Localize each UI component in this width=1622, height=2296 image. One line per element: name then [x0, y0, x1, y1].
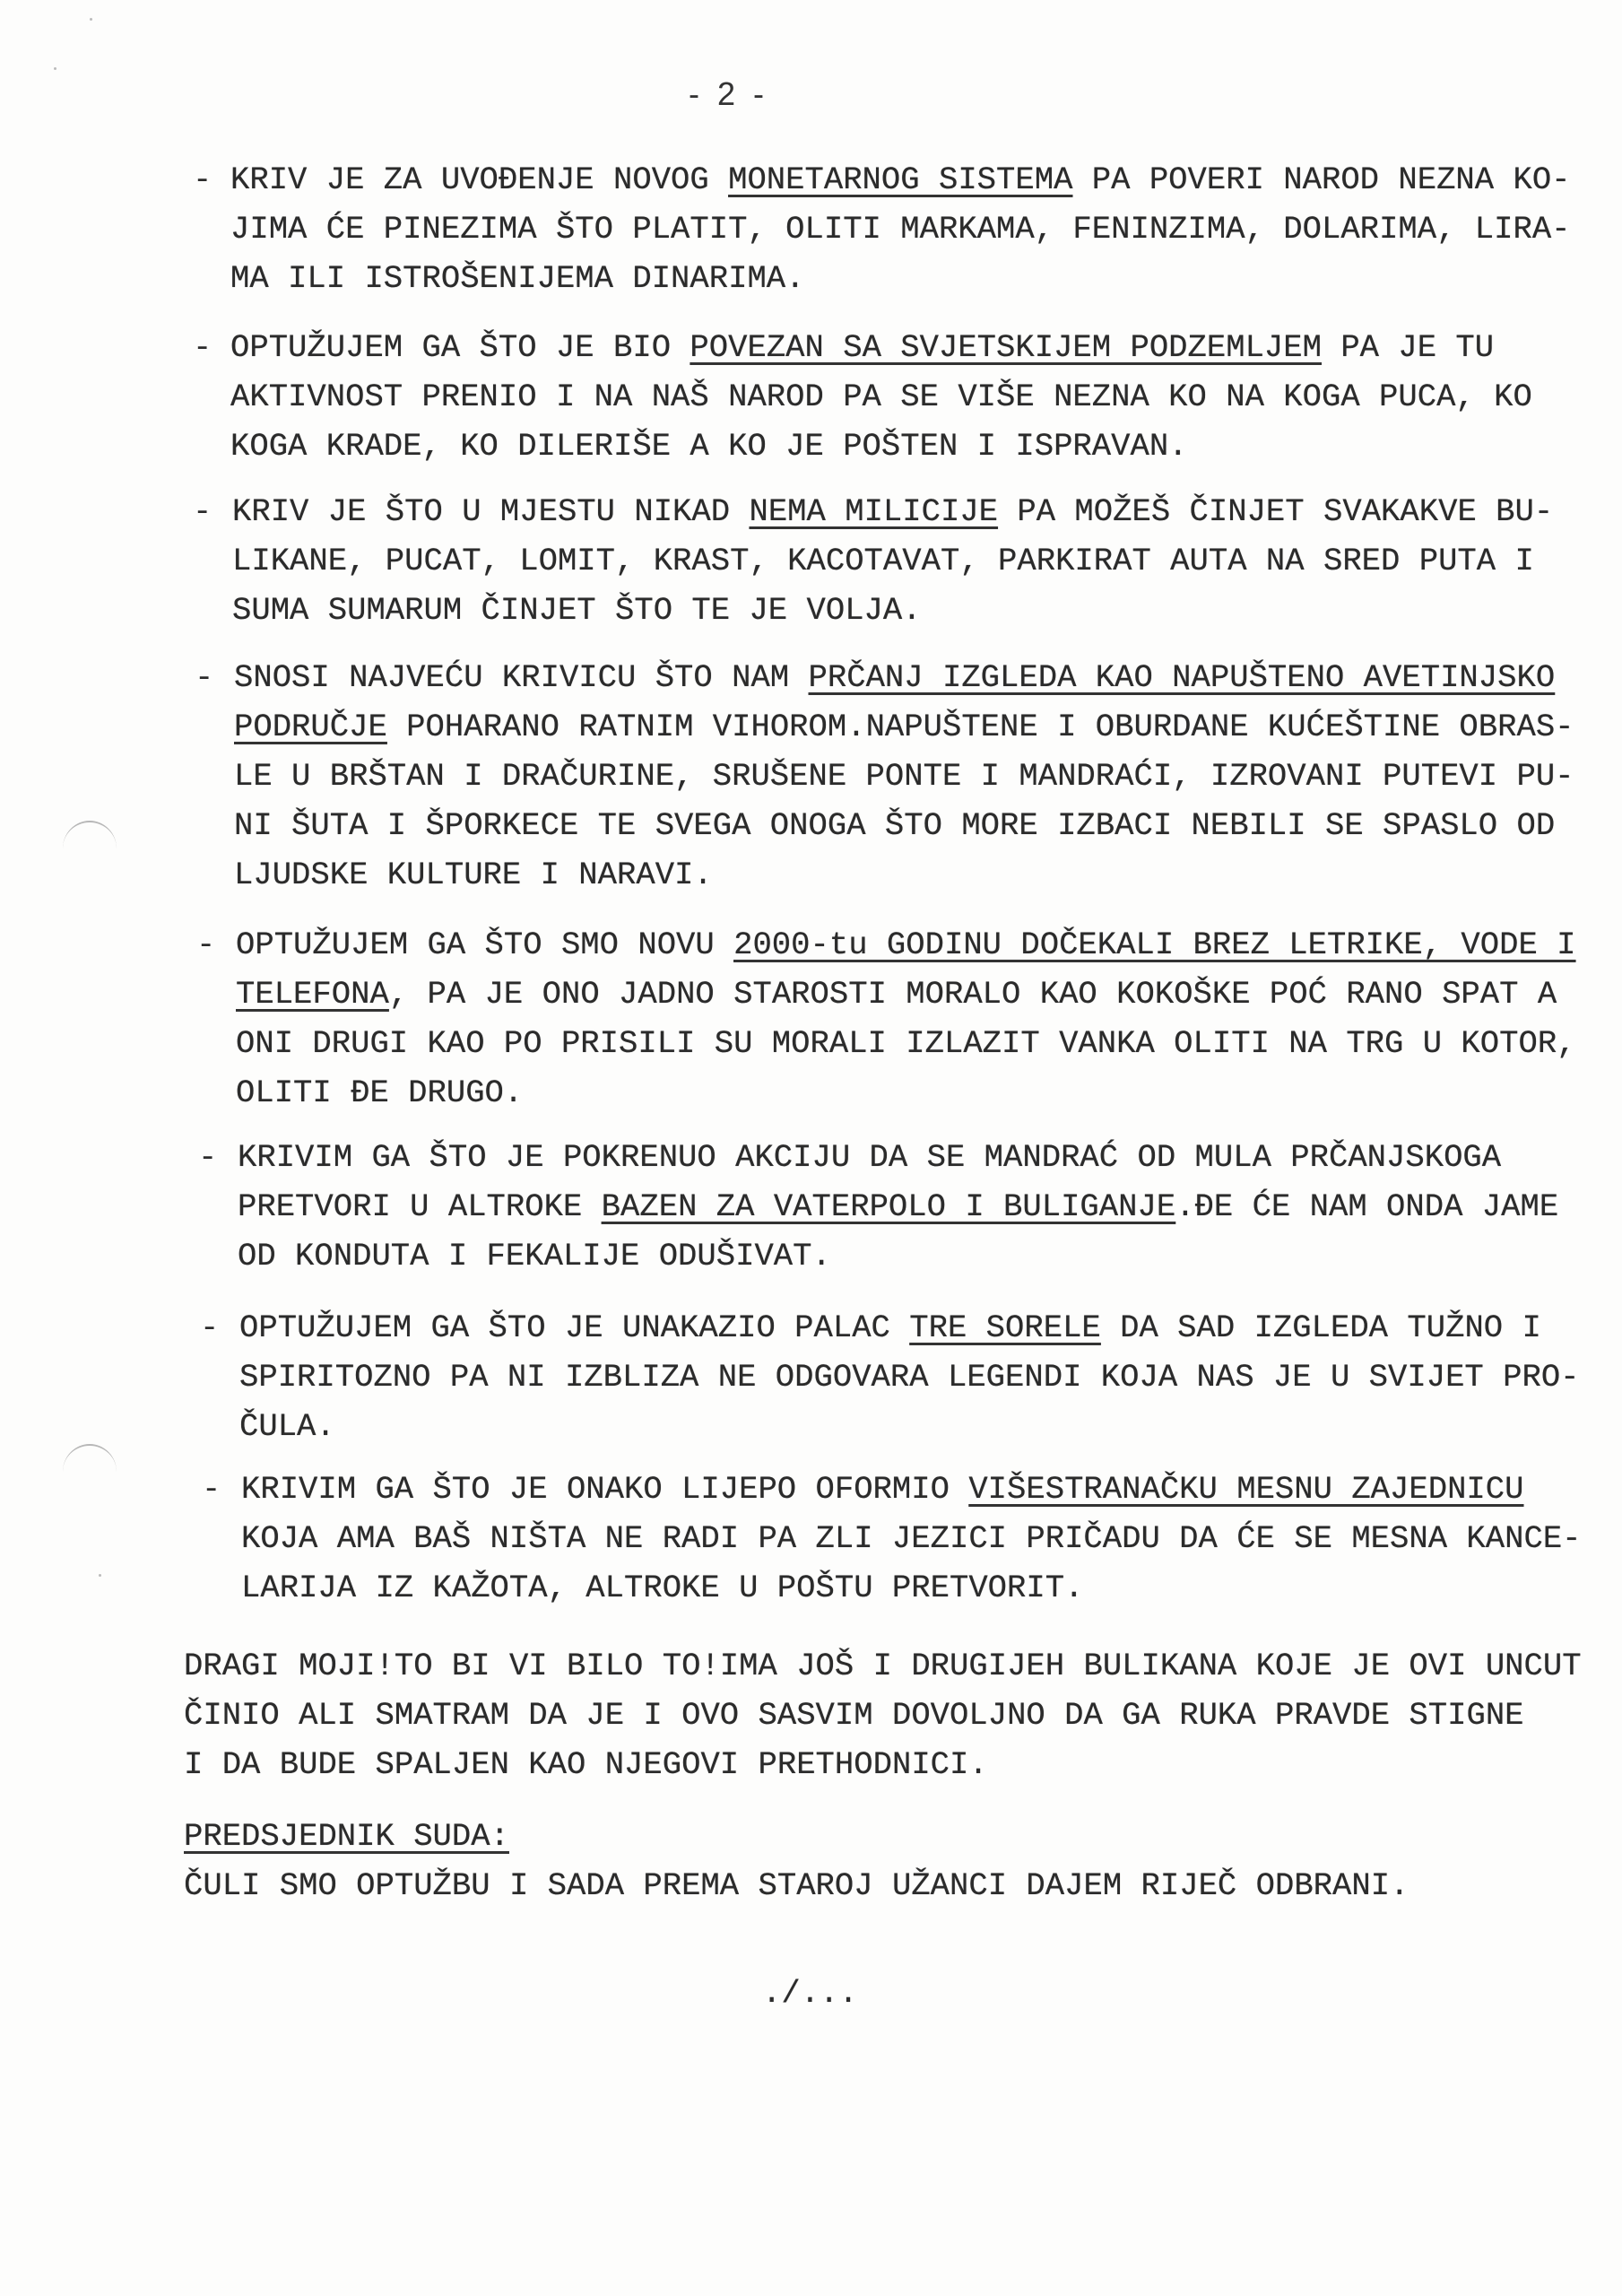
text-segment: JIMA ĆE PINEZIMA ŠTO PLATIT, OLITI MARKA… [230, 211, 1571, 248]
text-segment: POHARANO RATNIM VIHOROM.NAPUŠTENE I OBUR… [387, 709, 1574, 745]
accusation-line: KRIVIM GA ŠTO JE POKRENUO AKCIJU DA SE M… [238, 1142, 1501, 1174]
text-segment: SNOSI NAJVEĆU KRIVICU ŠTO NAM [234, 659, 809, 696]
underlined-phrase: BAZEN ZA VATERPOLO I BULIGANJE [602, 1188, 1176, 1225]
accusation-line: ČULA. [239, 1411, 335, 1443]
closing-line: DRAGI MOJI!TO BI VI BILO TO!IMA JOŠ I DR… [184, 1650, 1582, 1683]
underlined-phrase: TELEFONA [236, 976, 389, 1013]
text-segment: PA MOŽEŠ ČINJET SVAKAKVE BU- [998, 493, 1553, 530]
list-bullet-dash: - [193, 332, 212, 364]
text-segment: OPTUŽUJEM GA ŠTO JE BIO [230, 329, 690, 366]
accusation-line: KOGA KRADE, KO DILERIŠE A KO JE POŠTEN I… [230, 430, 1188, 463]
text-segment: KRIVIM GA ŠTO JE ONAKO LIJEPO OFORMIO [241, 1471, 968, 1508]
list-bullet-dash: - [195, 662, 213, 694]
accusation-line: KRIV JE ZA UVOĐENJE NOVOG MONETARNOG SIS… [230, 164, 1571, 196]
accusation-line: SNOSI NAJVEĆU KRIVICU ŠTO NAM PRČANJ IZG… [234, 662, 1555, 694]
accusation-line: OPTUŽUJEM GA ŠTO SMO NOVU 2000-tu GODINU… [236, 929, 1576, 961]
underlined-phrase: 2000-tu GODINU DOČEKALI BREZ LETRIKE, VO… [733, 926, 1575, 963]
page-number: - 2 - [0, 75, 1453, 113]
text-segment: NI ŠUTA I ŠPORKECE TE SVEGA ONOGA ŠTO MO… [234, 807, 1555, 844]
list-bullet-dash: - [196, 929, 215, 961]
text-segment: KRIVIM GA ŠTO JE POKRENUO AKCIJU DA SE M… [238, 1139, 1501, 1176]
accusation-line: KRIV JE ŠTO U MJESTU NIKAD NEMA MILICIJE… [232, 496, 1553, 528]
text-segment: KOGA KRADE, KO DILERIŠE A KO JE POŠTEN I… [230, 428, 1188, 465]
accusation-line: LE U BRŠTAN I DRAČURINE, SRUŠENE PONTE I… [234, 761, 1574, 793]
document-page: - 2 - -KRIV JE ZA UVOĐENJE NOVOG MONETAR… [0, 0, 1622, 2296]
text-segment: ONI DRUGI KAO PO PRISILI SU MORALI IZLAZ… [236, 1025, 1576, 1062]
text-segment: OPTUŽUJEM GA ŠTO SMO NOVU [236, 926, 733, 963]
underlined-phrase: VIŠESTRANAČKU MESNU ZAJEDNICU [968, 1471, 1523, 1508]
text-segment: OLITI ĐE DRUGO. [236, 1074, 523, 1111]
text-segment: ČULA. [239, 1408, 335, 1445]
underlined-phrase: TRE SORELE [909, 1309, 1101, 1346]
accusation-line: OPTUŽUJEM GA ŠTO JE UNAKAZIO PALAC TRE S… [239, 1312, 1541, 1344]
underlined-phrase: PRČANJ IZGLEDA KAO NAPUŠTENO AVETINJSKO [809, 659, 1556, 696]
list-bullet-dash: - [202, 1474, 221, 1506]
text-segment: SUMA SUMARUM ČINJET ŠTO TE JE VOLJA. [232, 592, 922, 629]
punch-hole-mark [63, 1444, 117, 1500]
list-bullet-dash: - [193, 164, 212, 196]
accusation-line: MA ILI ISTROŠENIJEMA DINARIMA. [230, 263, 805, 295]
accusation-line: OD KONDUTA I FEKALIJE ODUŠIVAT. [238, 1240, 831, 1273]
text-segment: DA SAD IZGLEDA TUŽNO I [1101, 1309, 1541, 1346]
accusation-line: PRETVORI U ALTROKE BAZEN ZA VATERPOLO I … [238, 1191, 1558, 1223]
punch-hole-mark [63, 821, 117, 876]
text-segment: , PA JE ONO JADNO STAROSTI MORALO KAO KO… [389, 976, 1557, 1013]
scan-speck [90, 18, 92, 21]
list-bullet-dash: - [200, 1312, 219, 1344]
text-segment: MA ILI ISTROŠENIJEMA DINARIMA. [230, 260, 805, 297]
list-bullet-dash: - [198, 1142, 217, 1174]
underlined-phrase: NEMA MILICIJE [749, 493, 998, 530]
accusation-line: PODRUČJE POHARANO RATNIM VIHOROM.NAPUŠTE… [234, 711, 1574, 744]
accusation-line: KOJA AMA BAŠ NIŠTA NE RADI PA ZLI JEZICI… [241, 1523, 1582, 1555]
text-segment: PRETVORI U ALTROKE [238, 1188, 602, 1225]
accusation-line: SPIRITOZNO PA NI IZBLIZA NE ODGOVARA LEG… [239, 1361, 1580, 1394]
text-segment: KOJA AMA BAŠ NIŠTA NE RADI PA ZLI JEZICI… [241, 1520, 1582, 1557]
accusation-line: LJUDSKE KULTURE I NARAVI. [234, 859, 713, 891]
accusation-line: ONI DRUGI KAO PO PRISILI SU MORALI IZLAZ… [236, 1028, 1576, 1060]
text-segment: PA JE TU [1322, 329, 1494, 366]
continuation-mark: ./... [762, 1978, 858, 2010]
accusation-line: TELEFONA, PA JE ONO JADNO STAROSTI MORAL… [236, 978, 1557, 1011]
text-segment: LIKANE, PUCAT, LOMIT, KRAST, KACOTAVAT, … [232, 543, 1534, 579]
text-segment: PA POVERI NAROD NEZNA KO- [1072, 161, 1570, 198]
text-segment: SPIRITOZNO PA NI IZBLIZA NE ODGOVARA LEG… [239, 1359, 1580, 1396]
accusation-line: KRIVIM GA ŠTO JE ONAKO LIJEPO OFORMIO VI… [241, 1474, 1524, 1506]
text-segment: LARIJA IZ KAŽOTA, ALTROKE U POŠTU PRETVO… [241, 1570, 1083, 1606]
accusation-line: SUMA SUMARUM ČINJET ŠTO TE JE VOLJA. [232, 595, 922, 627]
accusation-line: LARIJA IZ KAŽOTA, ALTROKE U POŠTU PRETVO… [241, 1572, 1083, 1605]
accusation-line: NI ŠUTA I ŠPORKECE TE SVEGA ONOGA ŠTO MO… [234, 810, 1555, 842]
underlined-phrase: PODRUČJE [234, 709, 387, 745]
text-segment: OD KONDUTA I FEKALIJE ODUŠIVAT. [238, 1238, 831, 1274]
underlined-phrase: MONETARNOG SISTEMA [728, 161, 1072, 198]
accusation-line: AKTIVNOST PRENIO I NA NAŠ NAROD PA SE VI… [230, 381, 1532, 413]
text-segment: AKTIVNOST PRENIO I NA NAŠ NAROD PA SE VI… [230, 378, 1532, 415]
speaker-statement: ČULI SMO OPTUŽBU I SADA PREMA STAROJ UŽA… [184, 1870, 1409, 1902]
text-segment: LJUDSKE KULTURE I NARAVI. [234, 857, 713, 893]
accusation-line: JIMA ĆE PINEZIMA ŠTO PLATIT, OLITI MARKA… [230, 213, 1571, 246]
speaker-label: PREDSJEDNIK SUDA: [184, 1821, 509, 1853]
list-bullet-dash: - [193, 496, 212, 528]
closing-line: I DA BUDE SPALJEN KAO NJEGOVI PRETHODNIC… [184, 1749, 988, 1781]
scan-speck [99, 1574, 101, 1577]
text-segment: KRIV JE ZA UVOĐENJE NOVOG [230, 161, 728, 198]
accusation-line: OLITI ĐE DRUGO. [236, 1077, 523, 1109]
underlined-phrase: POVEZAN SA SVJETSKIJEM PODZEMLJEM [690, 329, 1322, 366]
text-segment: KRIV JE ŠTO U MJESTU NIKAD [232, 493, 749, 530]
closing-line: ČINIO ALI SMATRAM DA JE I OVO SASVIM DOV… [184, 1700, 1524, 1732]
text-segment: .ĐE ĆE NAM ONDA JAME [1175, 1188, 1558, 1225]
accusation-line: LIKANE, PUCAT, LOMIT, KRAST, KACOTAVAT, … [232, 545, 1534, 578]
text-segment: LE U BRŠTAN I DRAČURINE, SRUŠENE PONTE I… [234, 758, 1574, 795]
accusation-line: OPTUŽUJEM GA ŠTO JE BIO POVEZAN SA SVJET… [230, 332, 1494, 364]
scan-speck [54, 67, 56, 70]
text-segment: OPTUŽUJEM GA ŠTO JE UNAKAZIO PALAC [239, 1309, 909, 1346]
